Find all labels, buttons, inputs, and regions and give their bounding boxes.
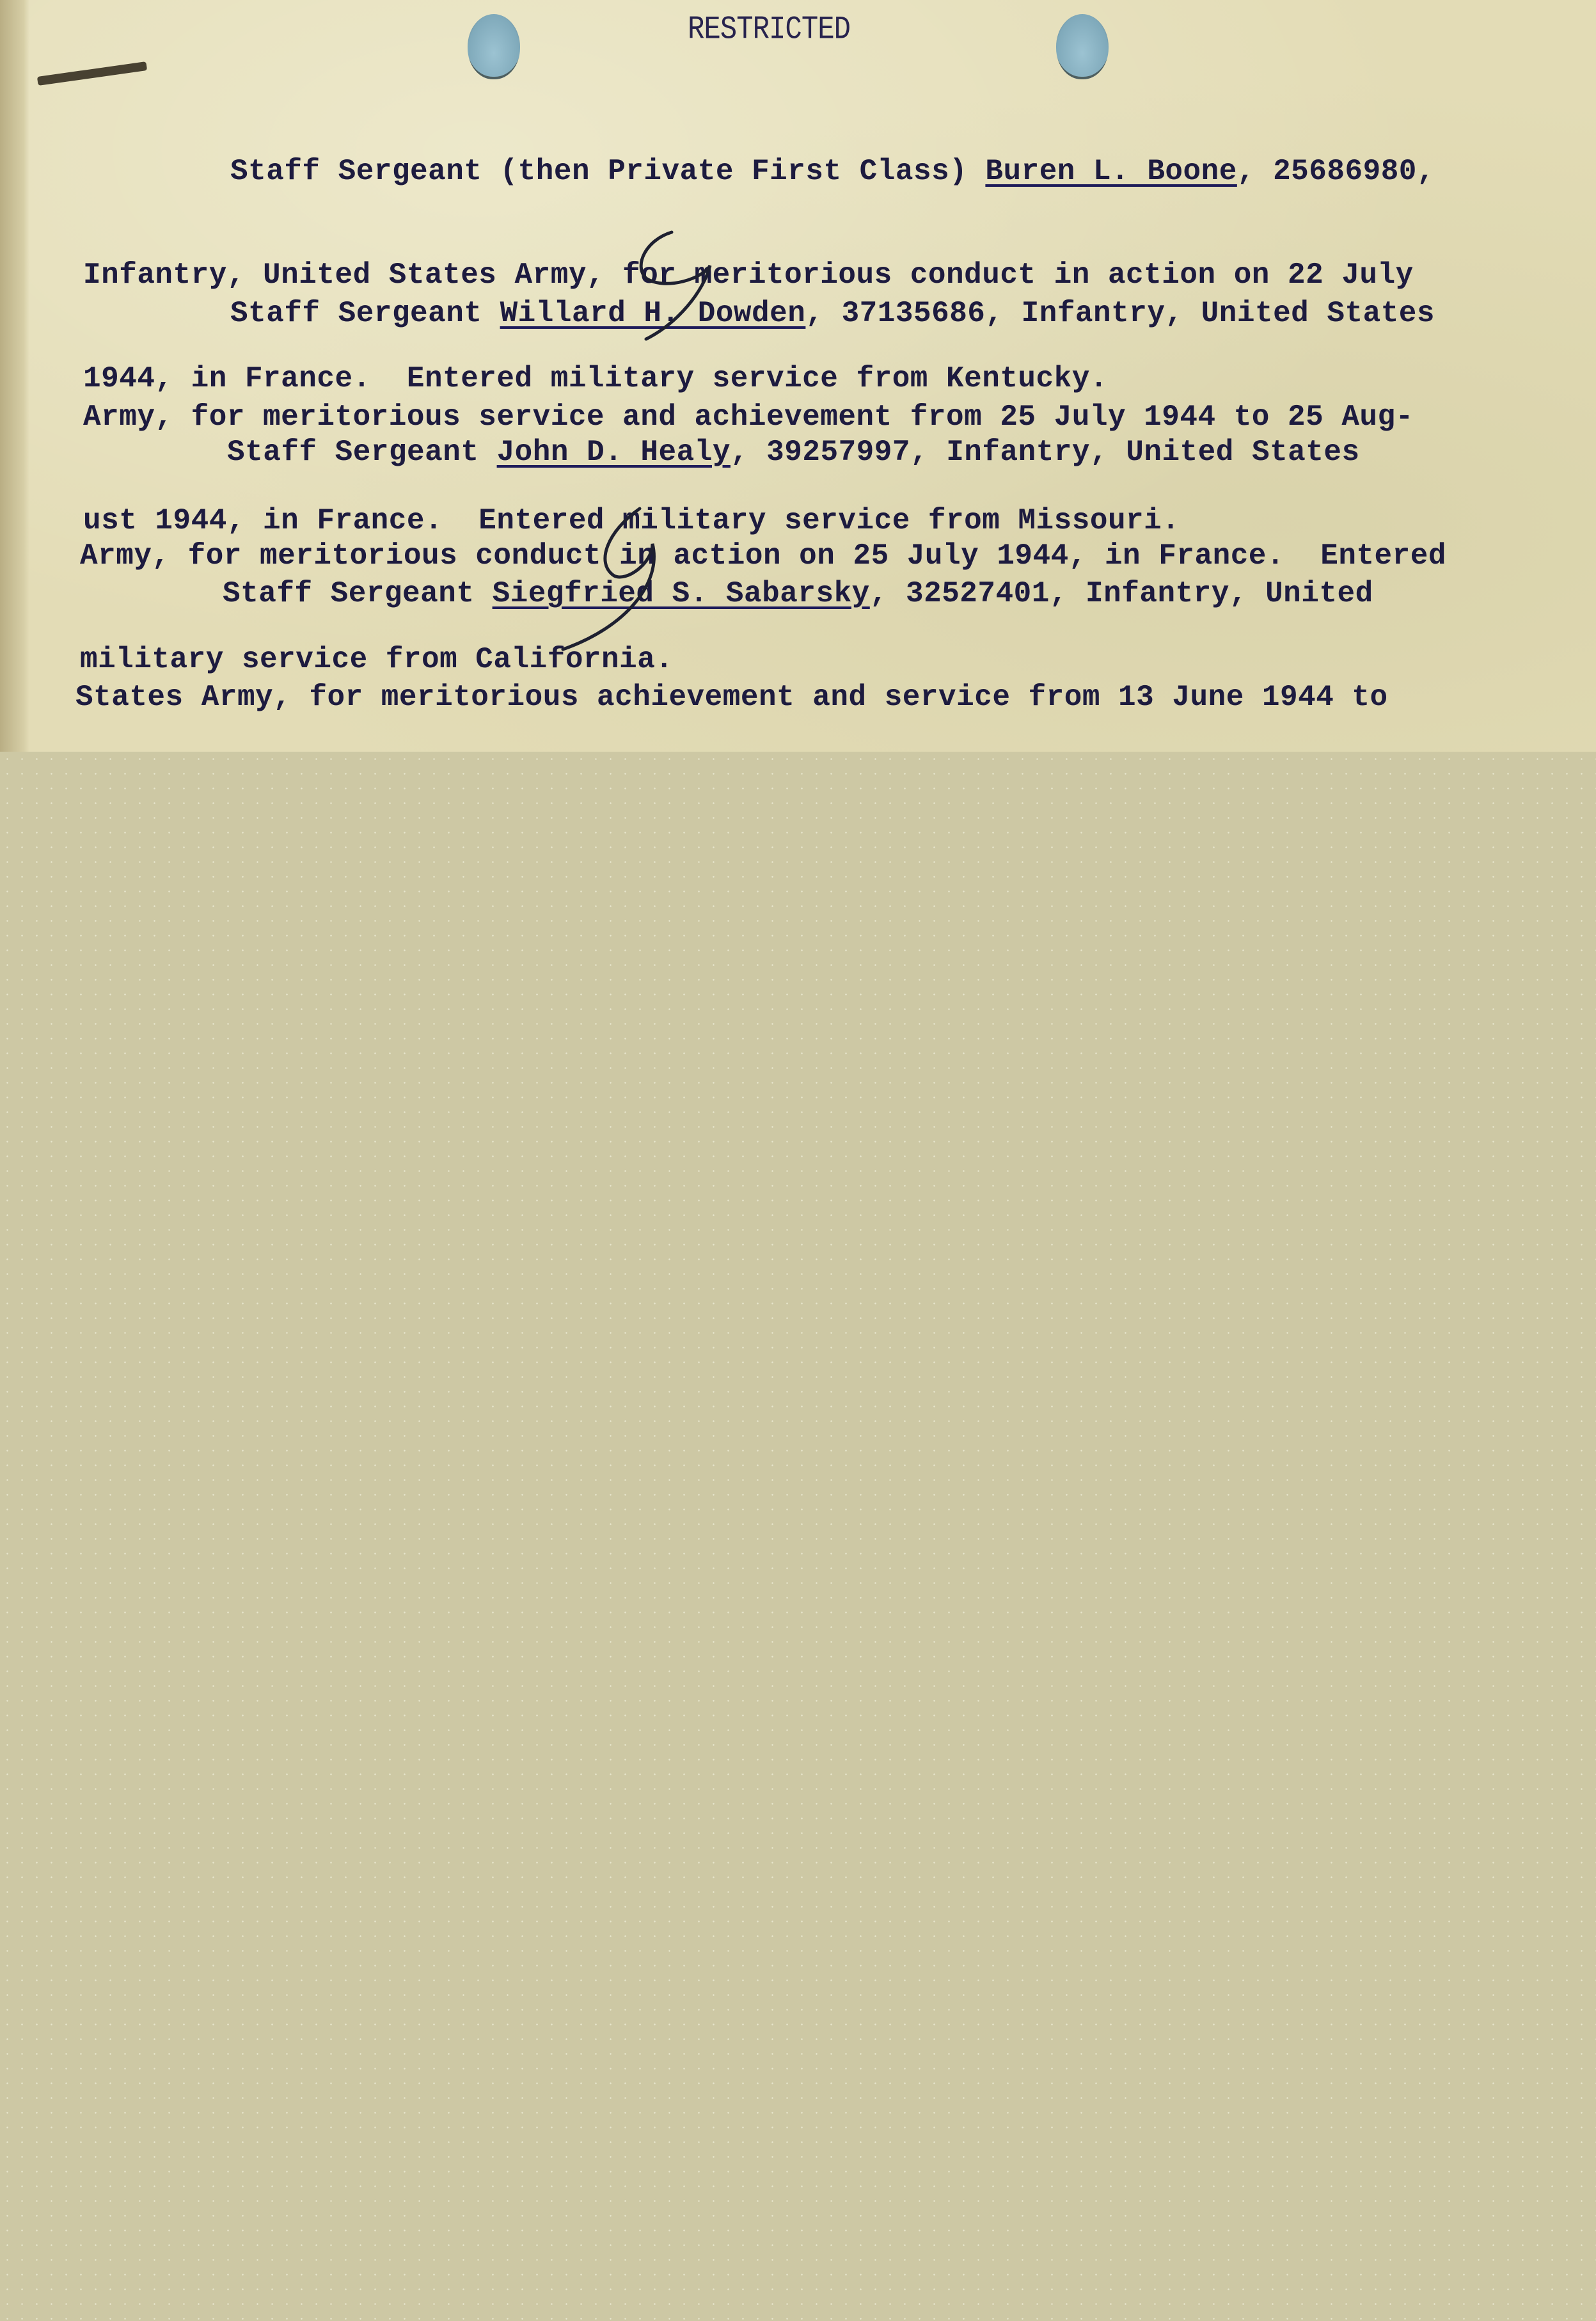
scanned-document-page: RESTRICTED Staff Sergeant (then Private … (0, 0, 1596, 752)
soldier-name: Willard H. Dowden (500, 297, 806, 330)
soldier-name: Siegfried S. Sabarsky (493, 577, 870, 610)
empty-background (0, 752, 1596, 2321)
citation-line: Staff Sergeant Siegfried S. Sabarsky, 32… (75, 576, 1388, 611)
punch-hole-icon (468, 14, 520, 79)
citation-line: Staff Sergeant (then Private First Class… (83, 154, 1435, 189)
classification-header: RESTRICTED (688, 12, 850, 49)
soldier-name: John D. Healy (497, 436, 731, 469)
page-edge-shadow (0, 0, 29, 752)
citation-line: Staff Sergeant Willard H. Dowden, 371356… (83, 296, 1435, 331)
staple-mark (37, 61, 147, 86)
punch-hole-icon (1056, 14, 1109, 79)
citation-line: Staff Sergeant John D. Healy, 39257997, … (80, 435, 1446, 470)
citation-entry: Sergeant William J. Callahan, 31249148, … (72, 688, 1366, 752)
soldier-name: Buren L. Boone (985, 155, 1237, 188)
